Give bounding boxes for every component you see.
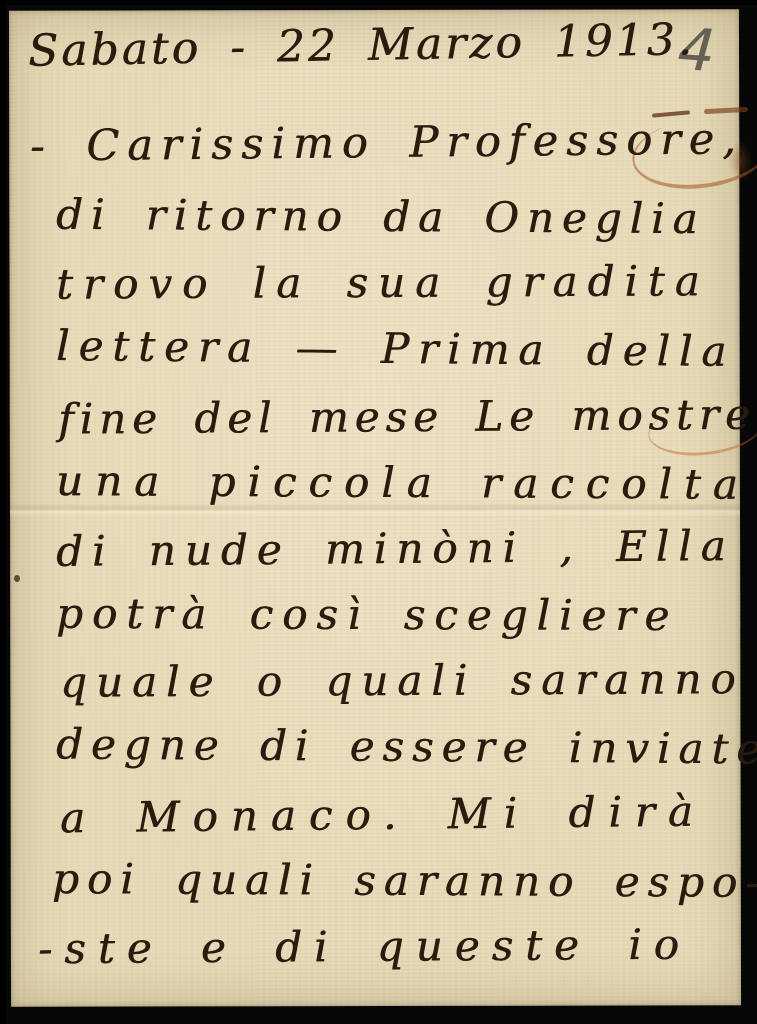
- letter-line: potrà così scegliere: [56, 593, 678, 637]
- letter-line: di ritorno da Oneglia: [56, 194, 706, 241]
- letter-line: lettera — Prima della: [56, 325, 736, 373]
- letter-line: -ste e di queste io: [38, 924, 691, 971]
- letter-line: quale o quali saranno: [60, 658, 745, 704]
- letter-line: degne di essere inviate: [56, 724, 757, 771]
- letter-line: una piccola raccolta: [56, 460, 750, 506]
- scanned-letter-page: 4 Sabato - 22 Marzo 1913. - Carissimo Pr…: [0, 0, 757, 1024]
- letter-line: a Monaco. Mi dirà: [60, 791, 706, 840]
- letter-line: di nude minòni , Ella: [56, 525, 735, 573]
- letter-line: - Carissimo Professore,: [30, 118, 744, 168]
- letter-line: fine del mese Le mostrerò: [58, 393, 757, 440]
- letter-line: trovo la sua gradita: [56, 260, 710, 305]
- paper-speck: [14, 575, 20, 582]
- date-line: Sabato - 22 Marzo 1913.: [28, 18, 695, 74]
- letter-line: poi quali saranno espo-: [52, 858, 757, 904]
